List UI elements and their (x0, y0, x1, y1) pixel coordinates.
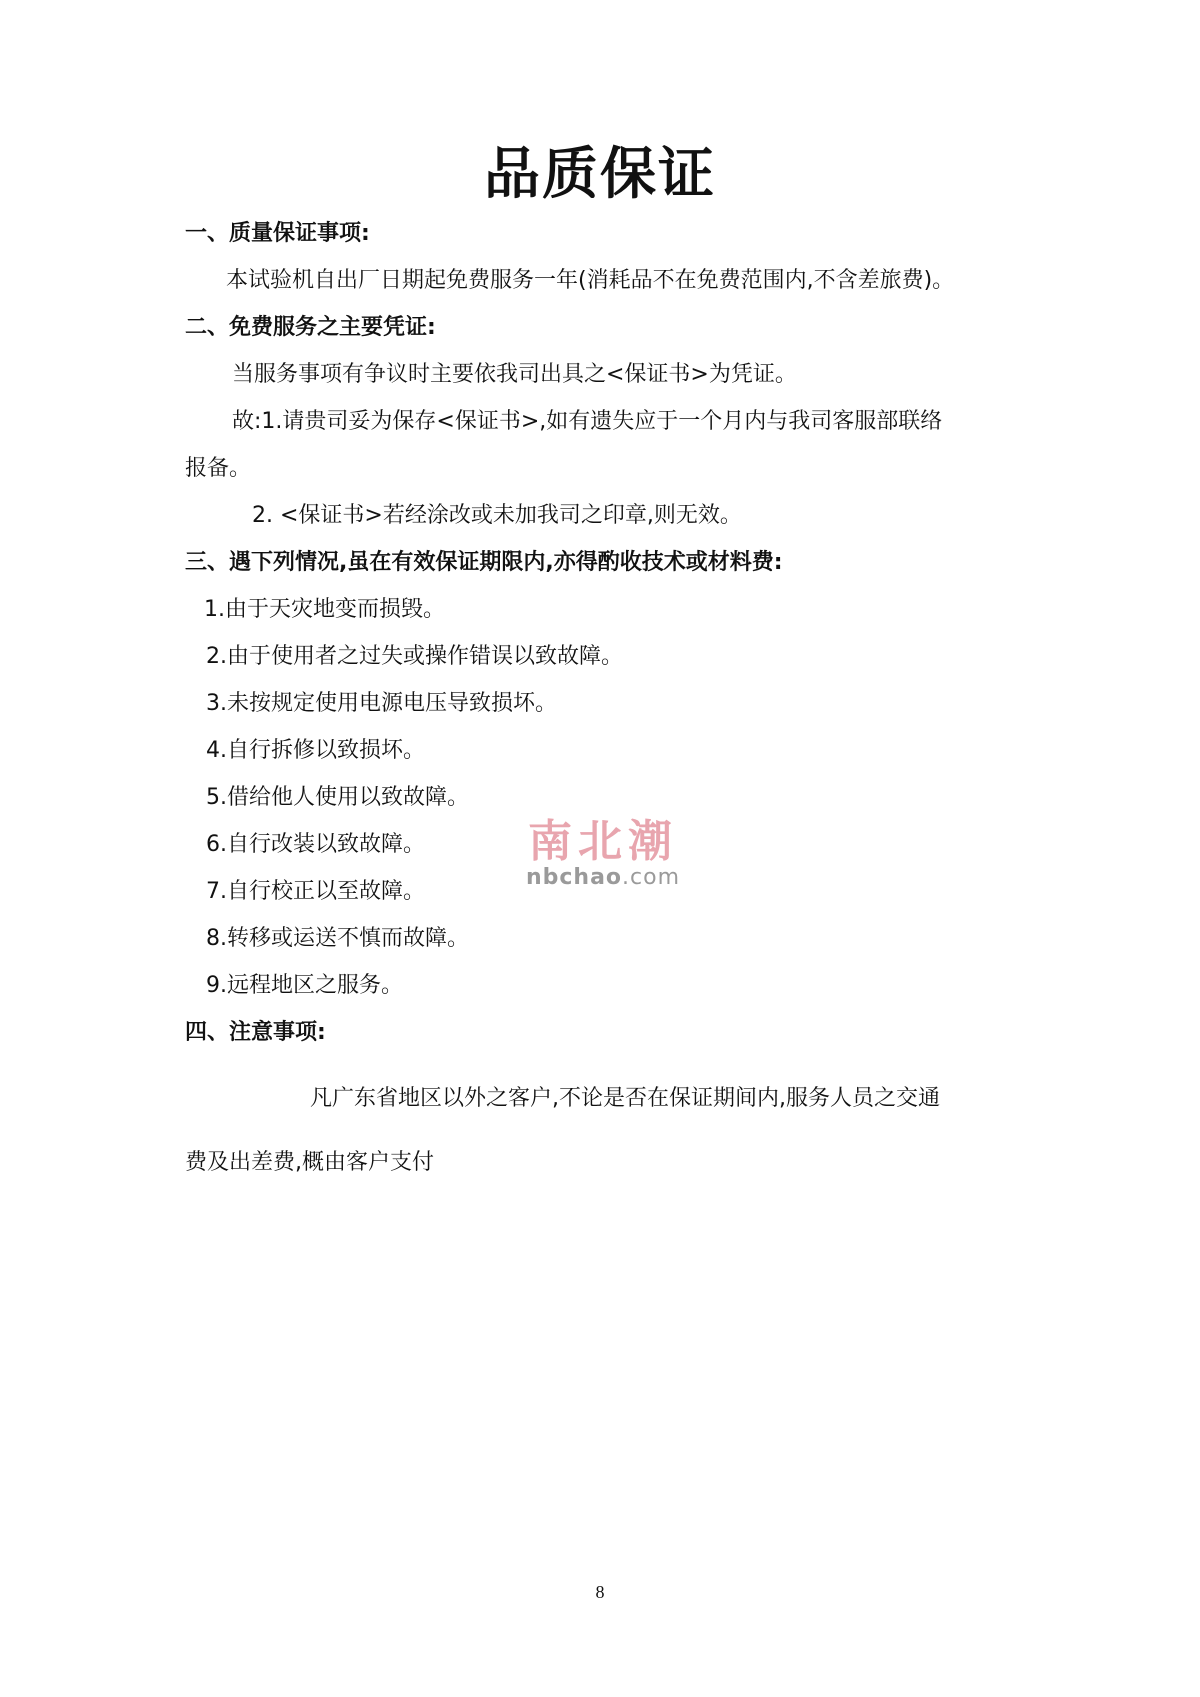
watermark-url-suffix: .com (622, 865, 680, 890)
watermark-logo: 南北潮 nbchao.com (518, 818, 688, 890)
section-2-paragraph-2-cont: 报备。 (185, 454, 251, 484)
page-title: 品质保证 (0, 140, 1200, 210)
list-item: 4.自行拆修以致损坏。 (206, 736, 425, 766)
watermark-url: nbchao.com (518, 866, 688, 890)
list-item: 3.未按规定使用电源电压导致损坏。 (206, 689, 557, 719)
list-item: 9.远程地区之服务。 (206, 971, 403, 1001)
section-4-paragraph-cont: 费及出差费,概由客户支付 (185, 1148, 434, 1178)
section-4-paragraph: 凡广东省地区以外之客户,不论是否在保证期间内,服务人员之交通 (310, 1084, 940, 1114)
document-page: 品质保证 一、质量保证事项: 本试验机自出厂日期起免费服务一年(消耗品不在免费范… (0, 0, 1200, 1697)
watermark-url-main: nbchao (526, 865, 622, 890)
section-2-heading: 二、免费服务之主要凭证: (185, 313, 436, 343)
watermark-chinese-text: 南北潮 (518, 818, 688, 866)
list-item: 6.自行改装以致故障。 (206, 830, 425, 860)
section-4-heading: 四、注意事项: (185, 1018, 326, 1048)
section-2-paragraph-3: 2. <保证书>若经涂改或未加我司之印章,则无效。 (252, 501, 742, 531)
section-3-heading: 三、遇下列情况,虽在有效保证期限内,亦得酌收技术或材料费: (185, 548, 783, 578)
section-2-paragraph-1: 当服务事项有争议时主要依我司出具之<保证书>为凭证。 (232, 360, 797, 390)
list-item: 8.转移或运送不慎而故障。 (206, 924, 469, 954)
section-2-paragraph-2: 故:1.请贵司妥为保存<保证书>,如有遗失应于一个月内与我司客服部联络 (232, 407, 942, 437)
section-1-heading: 一、质量保证事项: (185, 219, 370, 249)
list-item: 7.自行校正以至故障。 (206, 877, 425, 907)
section-1-paragraph: 本试验机自出厂日期起免费服务一年(消耗品不在免费范围内,不含差旅费)。 (226, 266, 954, 296)
page-number: 8 (0, 1582, 1200, 1603)
list-item: 1.由于天灾地变而损毁。 (204, 595, 445, 625)
list-item: 2.由于使用者之过失或操作错误以致故障。 (206, 642, 623, 672)
list-item: 5.借给他人使用以致故障。 (206, 783, 469, 813)
